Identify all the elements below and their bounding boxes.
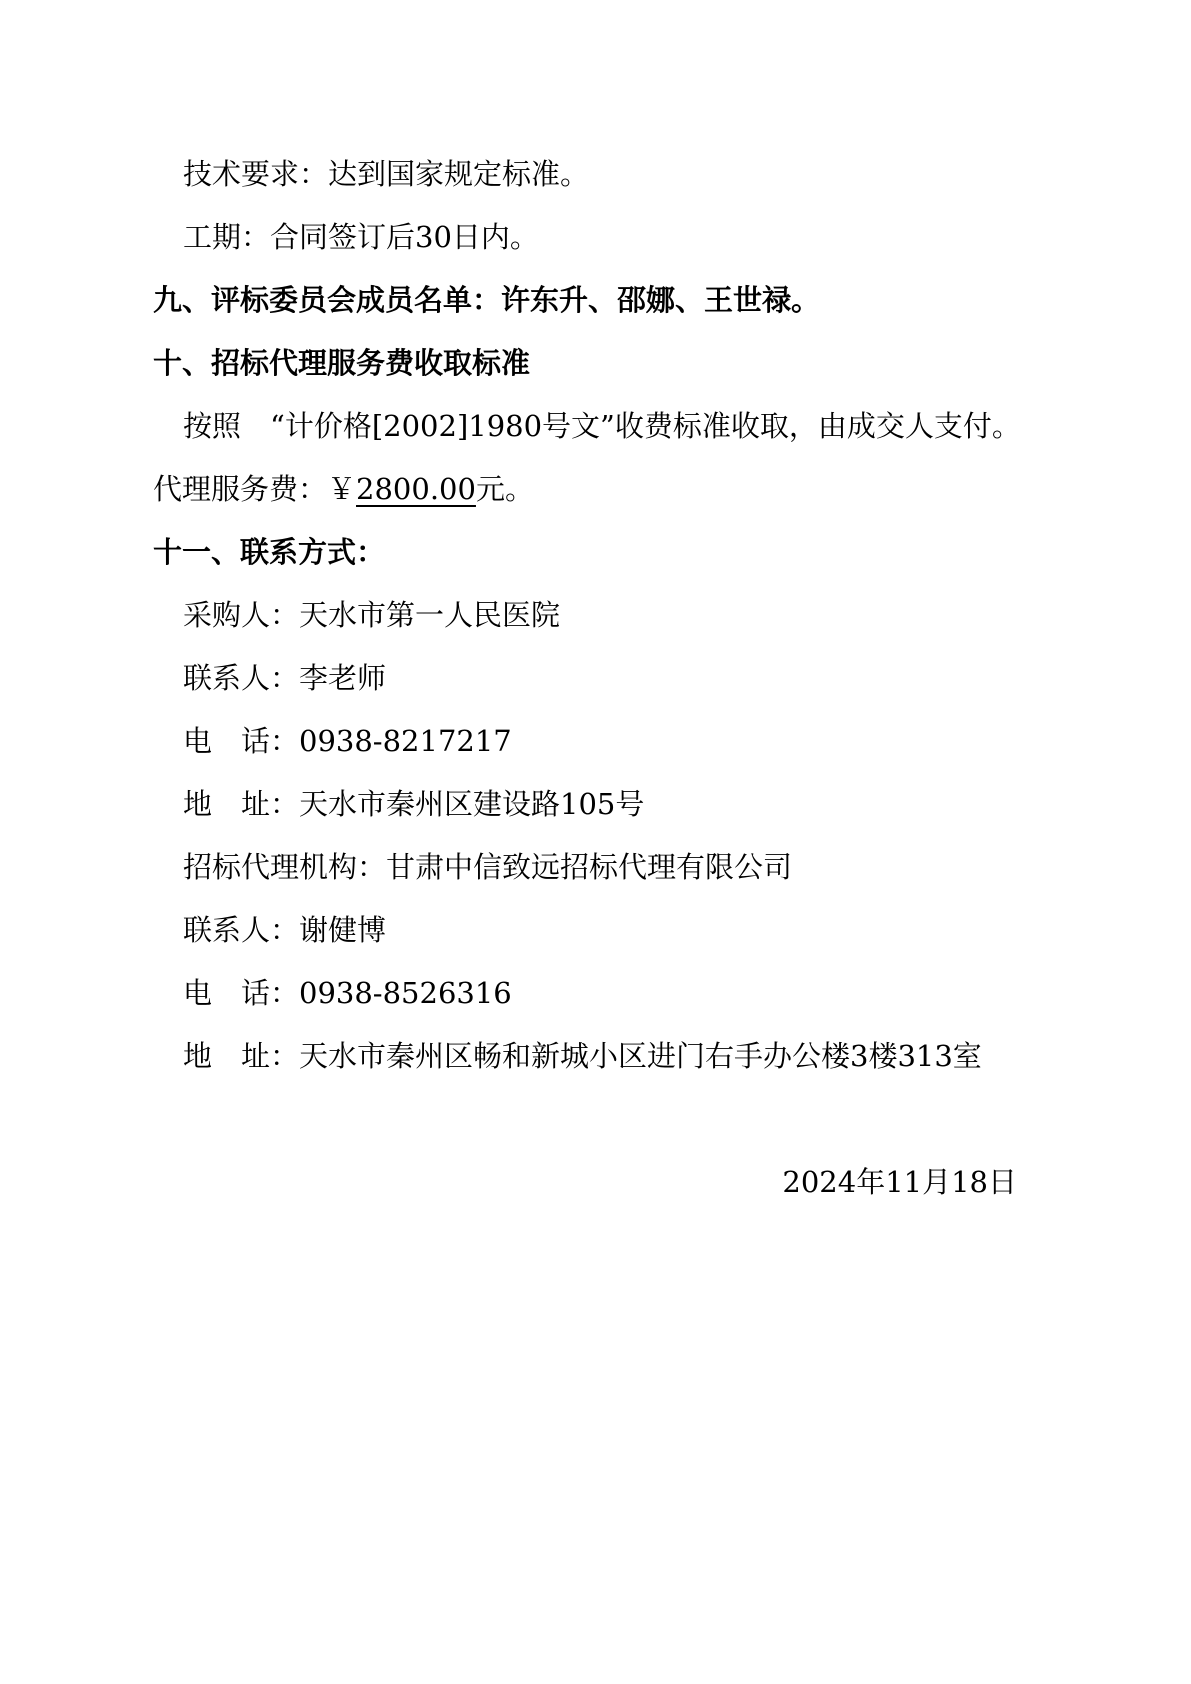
document-date: 2024年11月18日: [153, 1165, 1041, 1199]
purchaser-line: 采购人：天水市第一人民医院: [153, 598, 1041, 632]
agency-address-line: 地 址：天水市秦州区畅和新城小区进门右手办公楼3楼313室: [153, 1039, 1041, 1073]
construction-period-line: 工期：合同签订后30日内。: [153, 220, 1041, 254]
agency-fee-line: 代理服务费：￥2800.00元。: [153, 472, 1041, 506]
agency-line: 招标代理机构：甘肃中信致远招标代理有限公司: [153, 850, 1041, 884]
agency-contact-line: 联系人：谢健博: [153, 913, 1041, 947]
purchaser-phone-line: 电 话：0938-8217217: [153, 724, 1041, 758]
fee-basis-line: 按照 “计价格[2002]1980号文”收费标准收取，由成交人支付。: [153, 409, 1041, 443]
purchaser-address-line: 地 址：天水市秦州区建设路105号: [153, 787, 1041, 821]
agency-fee-label: 代理服务费：￥: [153, 472, 356, 506]
document-page: 技术要求：达到国家规定标准。 工期：合同签订后30日内。 九、评标委员会成员名单…: [0, 0, 1191, 1684]
agency-phone-line: 电 话：0938-8526316: [153, 976, 1041, 1010]
section-10-heading: 十、招标代理服务费收取标准: [153, 346, 1041, 380]
tech-requirements-line: 技术要求：达到国家规定标准。: [153, 157, 1041, 191]
agency-fee-suffix: 元。: [476, 472, 534, 506]
agency-fee-amount: 2800.00: [356, 472, 476, 506]
section-11-heading: 十一、联系方式：: [153, 535, 1041, 569]
document-content: 技术要求：达到国家规定标准。 工期：合同签订后30日内。 九、评标委员会成员名单…: [0, 0, 1191, 1199]
purchaser-contact-line: 联系人：李老师: [153, 661, 1041, 695]
section-9-heading: 九、评标委员会成员名单：许东升、邵娜、王世禄。: [153, 283, 1041, 317]
